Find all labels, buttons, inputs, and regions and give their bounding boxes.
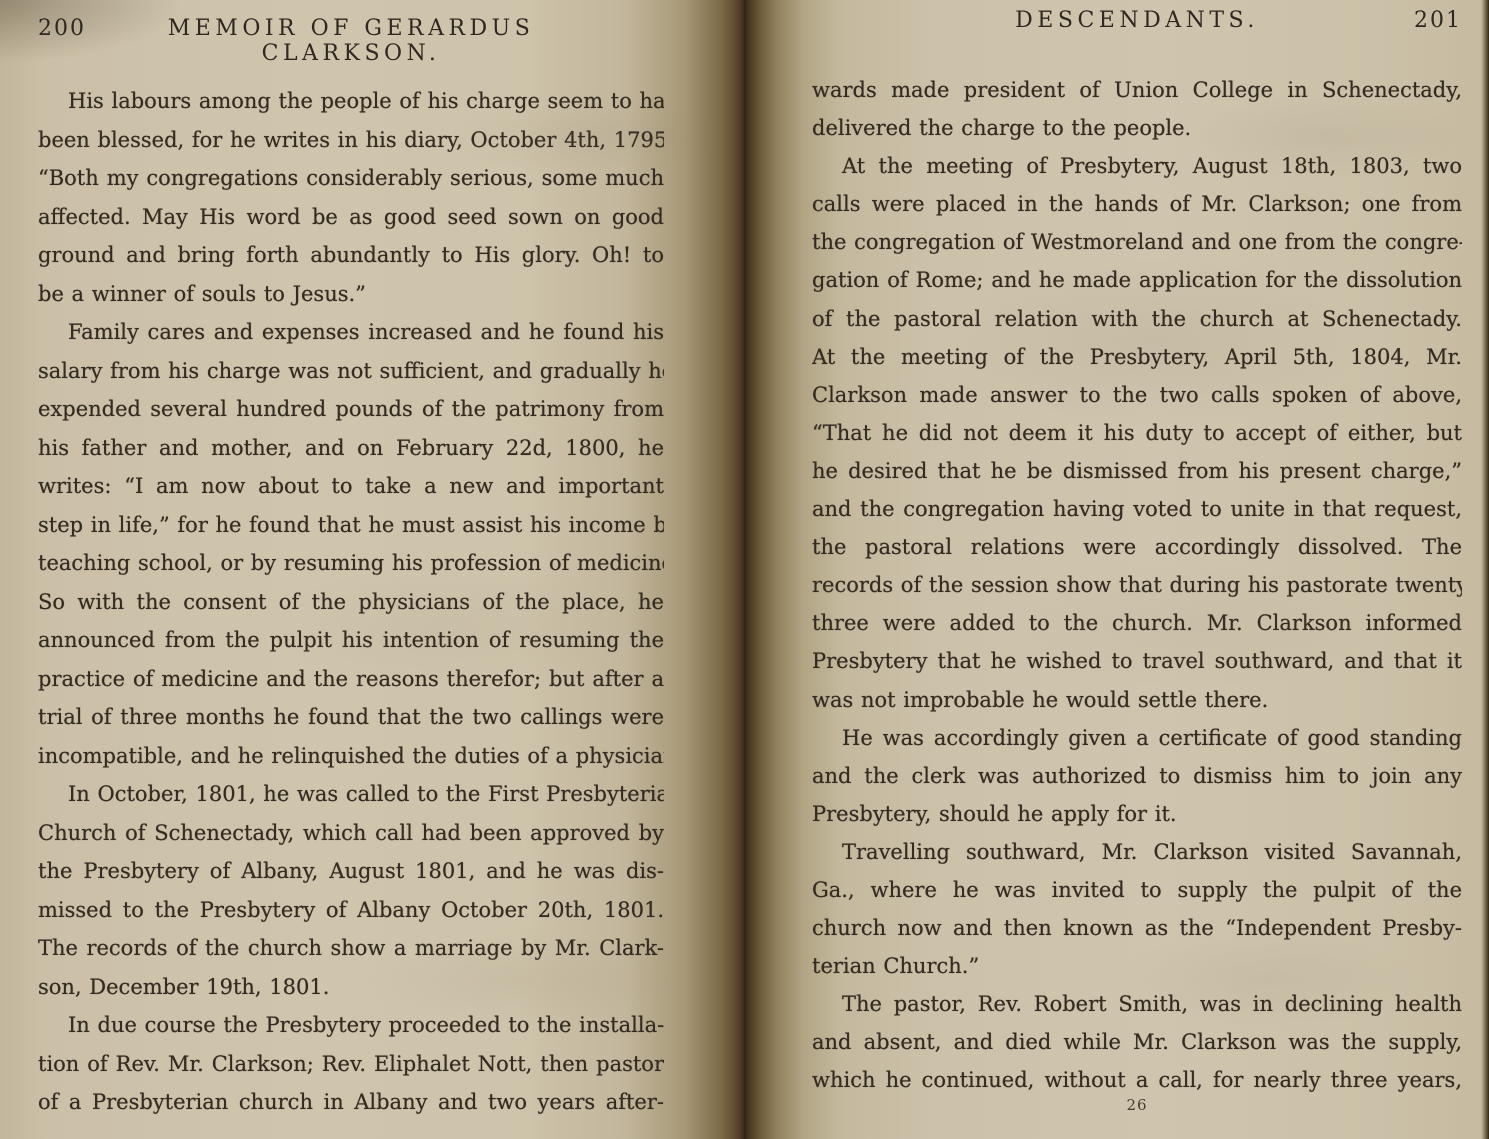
text-line: terian Church.” bbox=[812, 947, 1462, 985]
text-line: At the meeting of the Presbytery, April … bbox=[812, 338, 1462, 376]
text-line: and absent, and died while Mr. Clarkson … bbox=[812, 1023, 1462, 1061]
text-line: He was accordingly given a certificate o… bbox=[812, 719, 1462, 757]
text-line: delivered the charge to the people. bbox=[812, 109, 1462, 147]
text-line: he desired that he be dismissed from his… bbox=[812, 452, 1462, 490]
text-line: In due course the Presbytery proceeded t… bbox=[38, 1006, 664, 1045]
text-line: teaching school, or by resuming his prof… bbox=[38, 544, 664, 583]
text-line: and the congregation having voted to uni… bbox=[812, 490, 1462, 528]
text-line: Presbytery, should he apply for it. bbox=[812, 795, 1462, 833]
left-page-number: 200 bbox=[38, 16, 108, 41]
right-running-header: DESCENDANTS. 201 bbox=[812, 8, 1462, 33]
book-spread: 200 MEMOIR OF GERARDUS CLARKSON. His lab… bbox=[0, 0, 1489, 1139]
left-page-text: His labours among the people of his char… bbox=[38, 82, 664, 1122]
text-line: the pastoral relations were accordingly … bbox=[812, 528, 1462, 566]
page-edge-shadow bbox=[1481, 0, 1489, 1139]
text-line: was not improbable he would settle there… bbox=[812, 681, 1462, 719]
text-line: Church of Schenectady, which call had be… bbox=[38, 814, 664, 853]
text-line: Family cares and expenses increased and … bbox=[38, 313, 664, 352]
text-line: affected. May His word be as good seed s… bbox=[38, 198, 664, 237]
text-line: Presbytery that he wished to travel sout… bbox=[812, 642, 1462, 680]
text-line: practice of medicine and the reasons the… bbox=[38, 660, 664, 699]
text-line: been blessed, for he writes in his diary… bbox=[38, 121, 664, 160]
text-line: Ga., where he was invited to supply the … bbox=[812, 871, 1462, 909]
left-running-header: 200 MEMOIR OF GERARDUS CLARKSON. bbox=[38, 16, 664, 66]
text-line: missed to the Presbytery of Albany Octob… bbox=[38, 891, 664, 930]
text-line: Travelling southward, Mr. Clarkson visit… bbox=[812, 833, 1462, 871]
text-line: calls were placed in the hands of Mr. Cl… bbox=[812, 185, 1462, 223]
text-line: of the pastoral relation with the church… bbox=[812, 300, 1462, 338]
text-line: which he continued, without a call, for … bbox=[812, 1061, 1462, 1099]
text-line: church now and then known as the “Indepe… bbox=[812, 909, 1462, 947]
text-line: salary from his charge was not sufficien… bbox=[38, 352, 664, 391]
text-line: “That he did not deem it his duty to acc… bbox=[812, 414, 1462, 452]
text-line: his father and mother, and on February 2… bbox=[38, 429, 664, 468]
signature-mark: 26 bbox=[812, 1096, 1462, 1114]
text-line: Clarkson made answer to the two calls sp… bbox=[812, 376, 1462, 414]
right-page-text: wards made president of Union College in… bbox=[812, 71, 1462, 1100]
text-line: be a winner of souls to Jesus.” bbox=[38, 275, 664, 314]
text-line: The records of the church show a marriag… bbox=[38, 929, 664, 968]
left-header-title: MEMOIR OF GERARDUS CLARKSON. bbox=[108, 16, 594, 66]
text-line: expended several hundred pounds of the p… bbox=[38, 390, 664, 429]
text-line: announced from the pulpit his intention … bbox=[38, 621, 664, 660]
text-line: His labours among the people of his char… bbox=[38, 82, 664, 121]
text-line: incompatible, and he relinquished the du… bbox=[38, 737, 664, 776]
text-line: three were added to the church. Mr. Clar… bbox=[812, 604, 1462, 642]
text-line: the Presbytery of Albany, August 1801, a… bbox=[38, 852, 664, 891]
text-line: ground and bring forth abundantly to His… bbox=[38, 236, 664, 275]
right-page-number: 201 bbox=[1392, 8, 1462, 33]
text-line: the congregation of Westmoreland and one… bbox=[812, 223, 1462, 261]
text-line: tion of Rev. Mr. Clarkson; Rev. Eliphale… bbox=[38, 1045, 664, 1084]
text-line: wards made president of Union College in… bbox=[812, 71, 1462, 109]
text-line: In October, 1801, he was called to the F… bbox=[38, 775, 664, 814]
text-line: “Both my congregations considerably seri… bbox=[38, 159, 664, 198]
left-page: 200 MEMOIR OF GERARDUS CLARKSON. His lab… bbox=[0, 0, 744, 1139]
text-line: step in life,” for he found that he must… bbox=[38, 506, 664, 545]
text-line: At the meeting of Presbytery, August 18t… bbox=[812, 147, 1462, 185]
text-line: son, December 19th, 1801. bbox=[38, 968, 664, 1007]
text-line: of a Presbyterian church in Albany and t… bbox=[38, 1083, 664, 1122]
text-line: The pastor, Rev. Robert Smith, was in de… bbox=[812, 985, 1462, 1023]
text-line: records of the session show that during … bbox=[812, 566, 1462, 604]
text-line: gation of Rome; and he made application … bbox=[812, 261, 1462, 299]
text-line: So with the consent of the physicians of… bbox=[38, 583, 664, 622]
text-line: writes: “I am now about to take a new an… bbox=[38, 467, 664, 506]
text-line: trial of three months he found that the … bbox=[38, 698, 664, 737]
right-page: DESCENDANTS. 201 wards made president of… bbox=[744, 0, 1489, 1139]
text-line: and the clerk was authorized to dismiss … bbox=[812, 757, 1462, 795]
right-header-title: DESCENDANTS. bbox=[882, 8, 1392, 33]
